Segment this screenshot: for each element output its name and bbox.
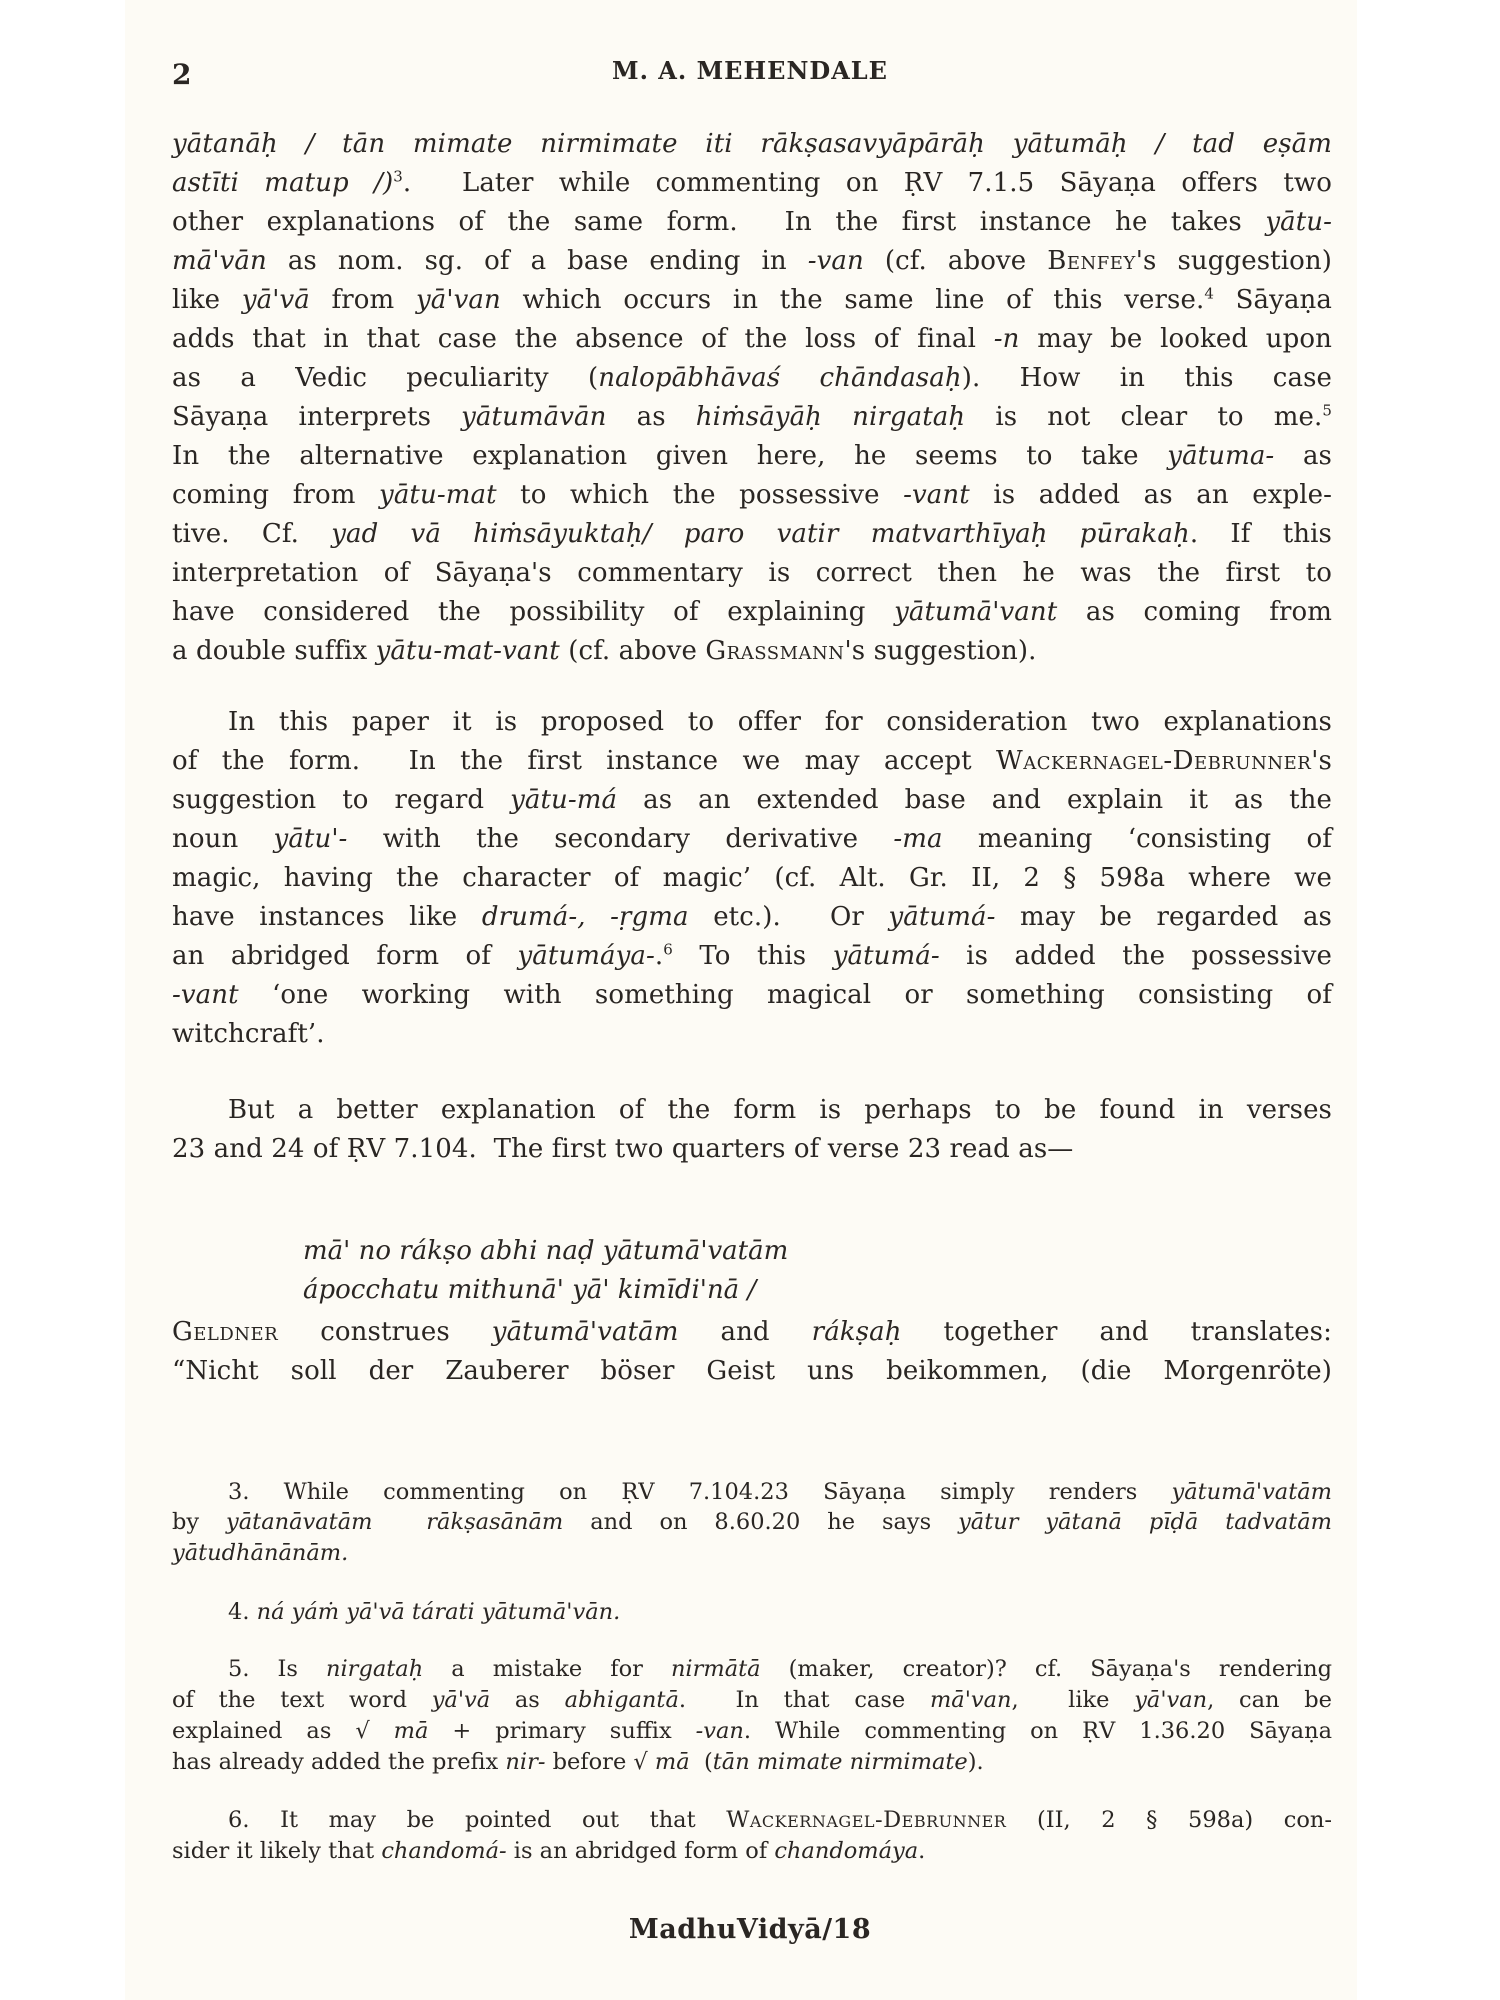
body-line: of the form. In the first instance we ma… (172, 745, 1332, 777)
verse-line: mā' no rákṣo abhi naḍ yātumā'vatām (303, 1235, 788, 1267)
body-line: In this paper it is proposed to offer fo… (172, 706, 1332, 738)
body-line: as a Vedic peculiarity (nalopābhāvaś chā… (172, 362, 1332, 394)
body-line: -vant ‘one working with something magica… (172, 979, 1332, 1011)
body-line: have instances like drumá-, -ṛgma etc.).… (172, 901, 1332, 933)
body-line: yātanāḥ / tān mimate nirmimate iti rākṣa… (172, 128, 1332, 160)
body-line: noun yātu'- with the secondary derivativ… (172, 823, 1332, 855)
body-line: a double suffix yātu-mat-vant (cf. above… (172, 635, 1332, 667)
body-line: like yā'vā from yā'van which occurs in t… (172, 284, 1332, 316)
body-line: mā'vān as nom. sg. of a base ending in -… (172, 245, 1332, 277)
body-line: have considered the possibility of expla… (172, 596, 1332, 628)
body-line: tive. Cf. yad vā hiṁsāyuktaḥ/ paro vatir… (172, 518, 1332, 550)
footnote-6: 6. It may be pointed out that Wackernage… (172, 1806, 1332, 1834)
body-line: an abridged form of yātumáya-.6 To this … (172, 940, 1332, 972)
body-line: 23 and 24 of ṚV 7.104. The first two qua… (172, 1133, 1332, 1165)
body-line: “Nicht soll der Zauberer böser Geist uns… (172, 1355, 1332, 1387)
body-line: coming from yātu-mat to which the posses… (172, 479, 1332, 511)
footnote-5: has already added the prefix nir- before… (172, 1748, 1332, 1776)
body-line: interpretation of Sāyaṇa's commentary is… (172, 557, 1332, 589)
footnote-5: 5. Is nirgataḥ a mistake for nirmātā (ma… (172, 1655, 1332, 1683)
body-line: astīti matup /)3. Later while commenting… (172, 167, 1332, 199)
body-line: Sāyaṇa interprets yātumāvān as hiṁsāyāḥ … (172, 401, 1332, 433)
verse-line: ápocchatu mithunā' yā' kimīdi'nā / (303, 1274, 756, 1306)
footnote-5: explained as √ mā + primary suffix -van.… (172, 1717, 1332, 1745)
body-line: other explanations of the same form. In … (172, 206, 1332, 238)
journal-footer: MadhuVidyā/18 (0, 1914, 1500, 1945)
body-line: Geldner construes yātumā'vatām and rákṣa… (172, 1316, 1332, 1348)
body-line: adds that in that case the absence of th… (172, 323, 1332, 355)
body-line: witchcraft’. (172, 1018, 1332, 1050)
running-title: M. A. MEHENDALE (0, 56, 1500, 85)
body-line: But a better explanation of the form is … (172, 1094, 1332, 1126)
footnote-5: of the text word yā'vā as abhigantā. In … (172, 1686, 1332, 1714)
body-line: magic, having the character of magic’ (c… (172, 862, 1332, 894)
footnote-4: 4. ná yáṁ yā'vā tárati yātumā'vān. (172, 1598, 1332, 1626)
footnote-3: 3. While commenting on ṚV 7.104.23 Sāyaṇ… (172, 1478, 1332, 1506)
footnote-3: yātudhānānām. (172, 1539, 1332, 1567)
body-line: In the alternative explanation given her… (172, 440, 1332, 472)
footnote-6: sider it likely that chandomá- is an abr… (172, 1837, 1332, 1865)
footnote-3: by yātanāvatām rākṣasānām and on 8.60.20… (172, 1508, 1332, 1536)
body-line: suggestion to regard yātu-má as an exten… (172, 784, 1332, 816)
